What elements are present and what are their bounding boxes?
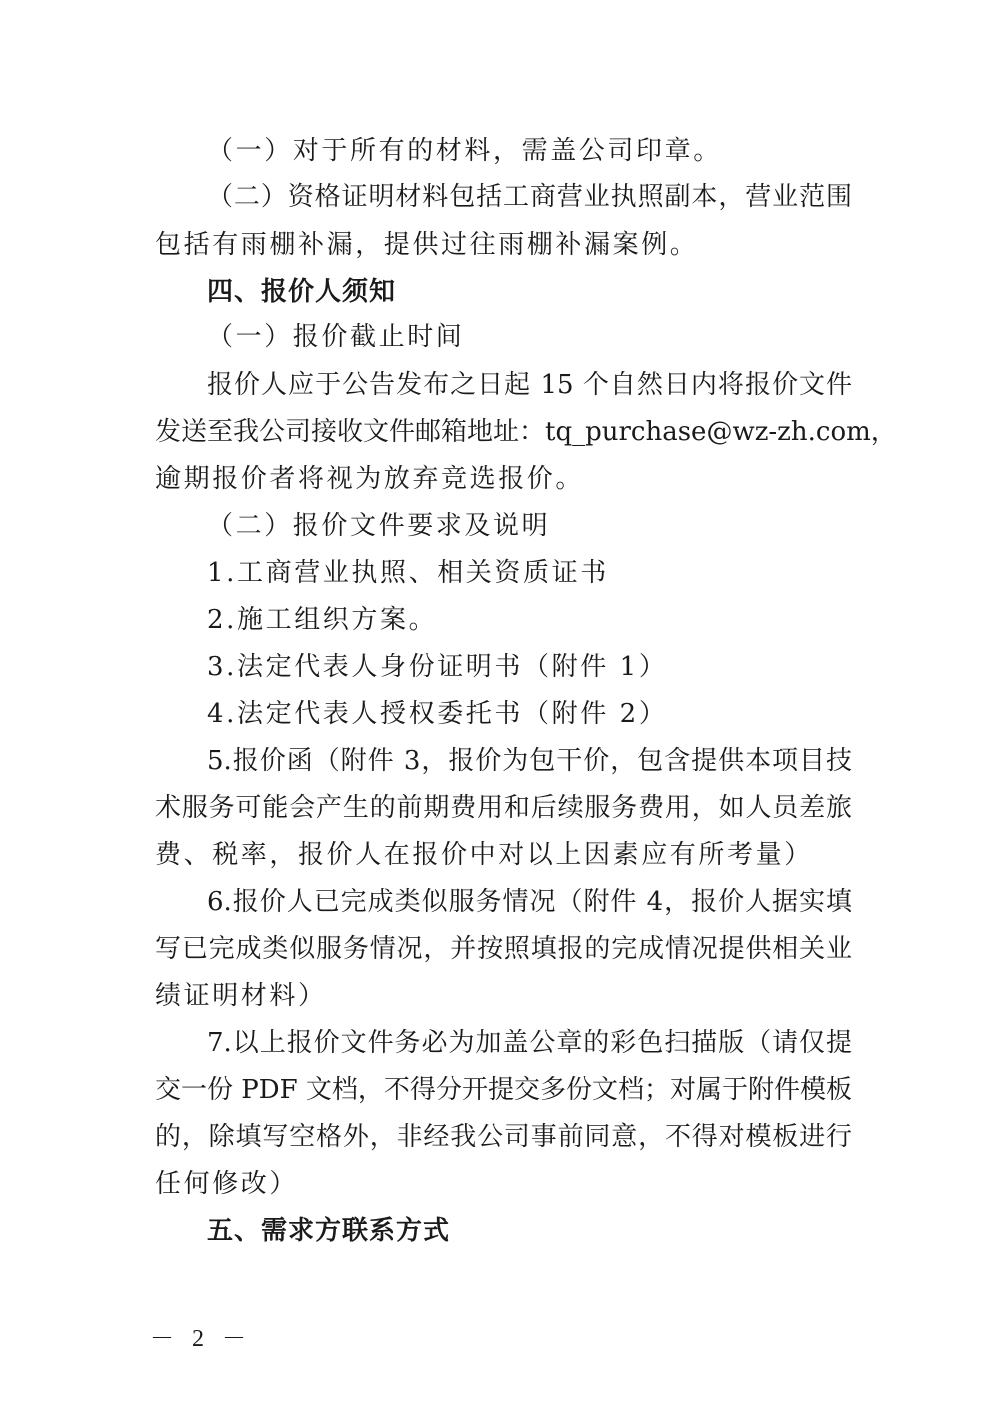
list-item-7-line-3: 的，除填写空格外，非经我公司事前同意，不得对模板进行: [155, 1114, 852, 1160]
paragraph-company-seal: （一）对于所有的材料，需盖公司印章。: [207, 128, 722, 174]
page-number: － 2 －: [150, 1318, 252, 1353]
list-item-7-line-2: 交一份 PDF 文档，不得分开提交多份文档；对属于附件模板: [155, 1067, 852, 1113]
subheading-requirements: （二）报价文件要求及说明: [207, 503, 550, 549]
subheading-deadline: （一）报价截止时间: [207, 314, 464, 360]
section-heading-contact: 五、需求方联系方式: [207, 1208, 450, 1254]
list-item-6-line-2: 写已完成类似服务情况，并按照填报的完成情况提供相关业: [155, 926, 852, 972]
paragraph-deadline-line-3: 逾期报价者将视为放弃竞选报价。: [155, 456, 584, 502]
list-item-7-line-4: 任何修改）: [155, 1161, 298, 1207]
paragraph-deadline-line-2-email: 发送至我公司接收文件邮箱地址：tq_purchase@wz-zh.com，: [155, 409, 852, 455]
list-item-1: 1.工商营业执照、相关资质证书: [207, 550, 609, 596]
paragraph-qualification-line-1: （二）资格证明材料包括工商营业执照副本，营业范围: [207, 174, 852, 220]
section-heading-bidder-notice: 四、报价人须知: [207, 269, 396, 315]
list-item-5-line-3: 费、税率，报价人在报价中对以上因素应有所考量）: [155, 832, 813, 878]
paragraph-deadline-line-1: 报价人应于公告发布之日起 15 个自然日内将报价文件: [207, 362, 852, 408]
list-item-5-line-2: 术服务可能会产生的前期费用和后续服务费用，如人员差旅: [155, 785, 852, 831]
paragraph-qualification-line-2: 包括有雨棚补漏，提供过往雨棚补漏案例。: [155, 222, 698, 268]
list-item-6-line-1: 6.报价人已完成类似服务情况（附件 4，报价人据实填: [207, 879, 852, 925]
list-item-4: 4.法定代表人授权委托书（附件 2）: [207, 691, 667, 737]
list-item-3: 3.法定代表人身份证明书（附件 1）: [207, 644, 667, 690]
list-item-6-line-3: 绩证明材料）: [155, 973, 327, 1019]
list-item-2: 2.施工组织方案。: [207, 597, 437, 643]
list-item-7-line-1: 7.以上报价文件务必为加盖公章的彩色扫描版（请仅提: [207, 1020, 852, 1066]
list-item-5-line-1: 5.报价函（附件 3，报价为包干价，包含提供本项目技: [207, 738, 852, 784]
